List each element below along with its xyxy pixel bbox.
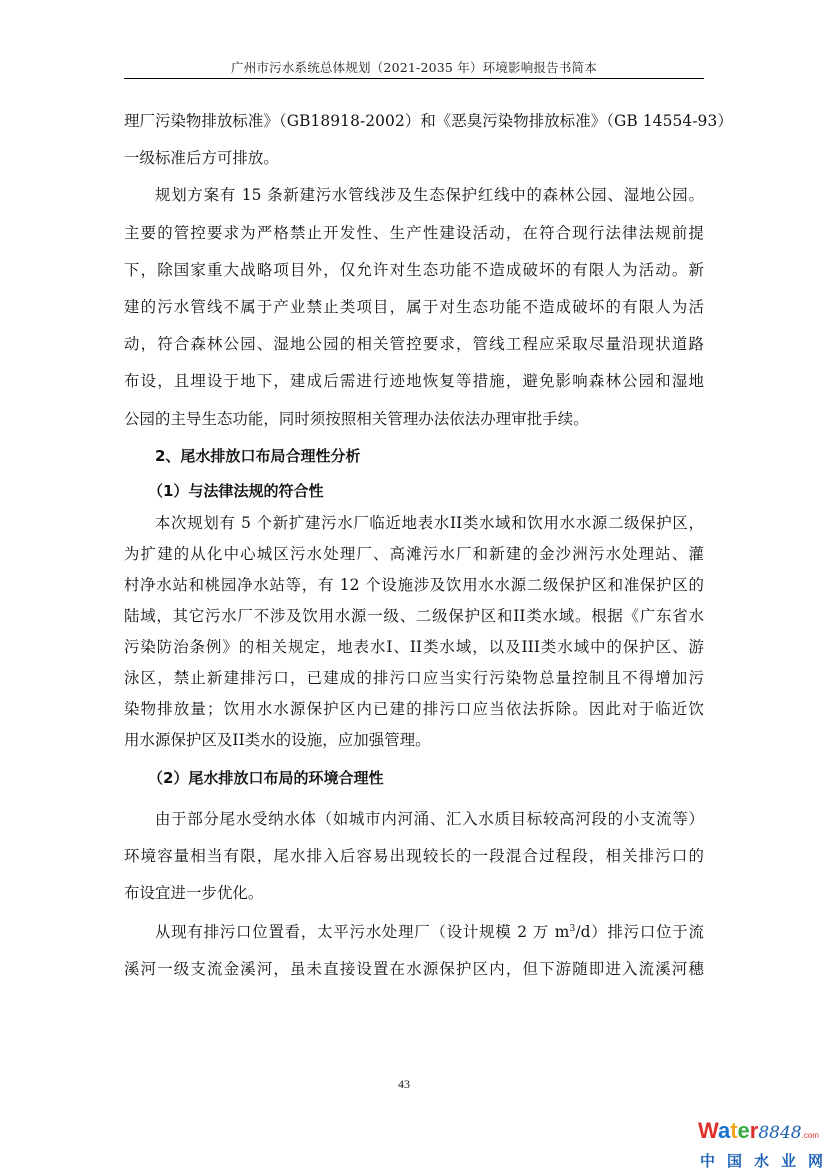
paragraph-line: 为扩建的从化中心城区污水处理厂、高滩污水厂和新建的金沙洲污水处理站、灌 <box>124 539 704 570</box>
paragraph-line: 染物排放量；饮用水水源保护区内已建的排污口应当依法拆除。因此对于临近饮 <box>124 694 704 725</box>
text-run: /d）排污口位于流 <box>575 923 704 941</box>
subsection-heading: （1）与法律法规的符合性 <box>124 475 704 508</box>
paragraph-line: 布设，且埋设于地下，建成后需进行迹地恢复等措施，避免影响森林公园和湿地 <box>124 363 704 400</box>
watermark-wordmark: Water8848.com <box>698 1120 822 1147</box>
paragraph-line: 村净水站和桃园净水站等，有 12 个设施涉及饮用水水源二级保护区和准保护区的 <box>124 570 704 601</box>
paragraph-line: 污染防治条例》的相关规定，地表水I、II类水域，以及III类水域中的保护区、游 <box>124 632 704 663</box>
paragraph-line: 公园的主导生态功能，同时须按照相关管理办法依法办理审批手续。 <box>124 401 704 438</box>
paragraph-line: 下，除国家重大战略项目外，仅允许对生态功能不造成破坏的有限人为活动。新 <box>124 252 704 289</box>
subsection-heading: （2）尾水排放口布局的环境合理性 <box>124 756 704 801</box>
paragraph-line: 环境容量相当有限，尾水排入后容易出现较长的一段混合过程段，相关排污口的 <box>124 838 704 875</box>
paragraph-line: 布设宜进一步优化。 <box>124 875 704 912</box>
paragraph-line: 陆域，其它污水厂不涉及饮用水源一级、二级保护区和II类水域。根据《广东省水 <box>124 601 704 632</box>
paragraph-line: 规划方案有 15 条新建污水管线涉及生态保护红线中的森林公园、湿地公园。 <box>124 177 704 214</box>
paragraph-line: 泳区，禁止新建排污口，已建成的排污口应当实行污染物总量控制且不得增加污 <box>124 663 704 694</box>
text-run: 从现有排污口位置看，太平污水处理厂（设计规模 2 万 m <box>155 923 569 941</box>
running-header: 广州市污水系统总体规划（2021-2035 年）环境影响报告书简本 <box>124 58 704 76</box>
page-number: 43 <box>398 1077 410 1092</box>
paragraph-line: 动，符合森林公园、湿地公园的相关管控要求，管线工程应采取尽量沿现状道路 <box>124 326 704 363</box>
paragraph-line: 理厂污染物排放标准》（GB18918-2002）和《恶臭污染物排放标准》（GB … <box>124 103 704 140</box>
paragraph-line: 主要的管控要求为严格禁止开发性、生产性建设活动，在符合现行法律法规前提 <box>124 215 704 252</box>
paragraph-line: 一级标准后方可排放。 <box>124 140 704 177</box>
paragraph-line: 用水源保护区及II类水的设施，应加强管理。 <box>124 725 704 756</box>
header-divider <box>124 78 704 79</box>
paragraph-line: 建的污水管线不属于产业禁止类项目，属于对生态功能不造成破坏的有限人为活 <box>124 289 704 326</box>
section-heading: 2、尾水排放口布局合理性分析 <box>124 438 704 475</box>
watermark-logo: Water8848.com 中国水业网 <box>698 1120 822 1166</box>
document-body: 理厂污染物排放标准》（GB18918-2002）和《恶臭污染物排放标准》（GB … <box>124 103 704 989</box>
watermark-cn-name: 中国水业网 <box>698 1150 822 1169</box>
paragraph-line: 由于部分尾水受纳水体（如城市内河涌、汇入水质目标较高河段的小支流等） <box>124 801 704 838</box>
paragraph-line: 从现有排污口位置看，太平污水处理厂（设计规模 2 万 m3/d）排污口位于流 <box>124 914 704 951</box>
paragraph-line: 溪河一级支流金溪河，虽未直接设置在水源保护区内，但下游随即进入流溪河穗 <box>124 951 704 988</box>
paragraph-line: 本次规划有 5 个新扩建污水厂临近地表水II类水域和饮用水水源二级保护区， <box>124 508 704 539</box>
